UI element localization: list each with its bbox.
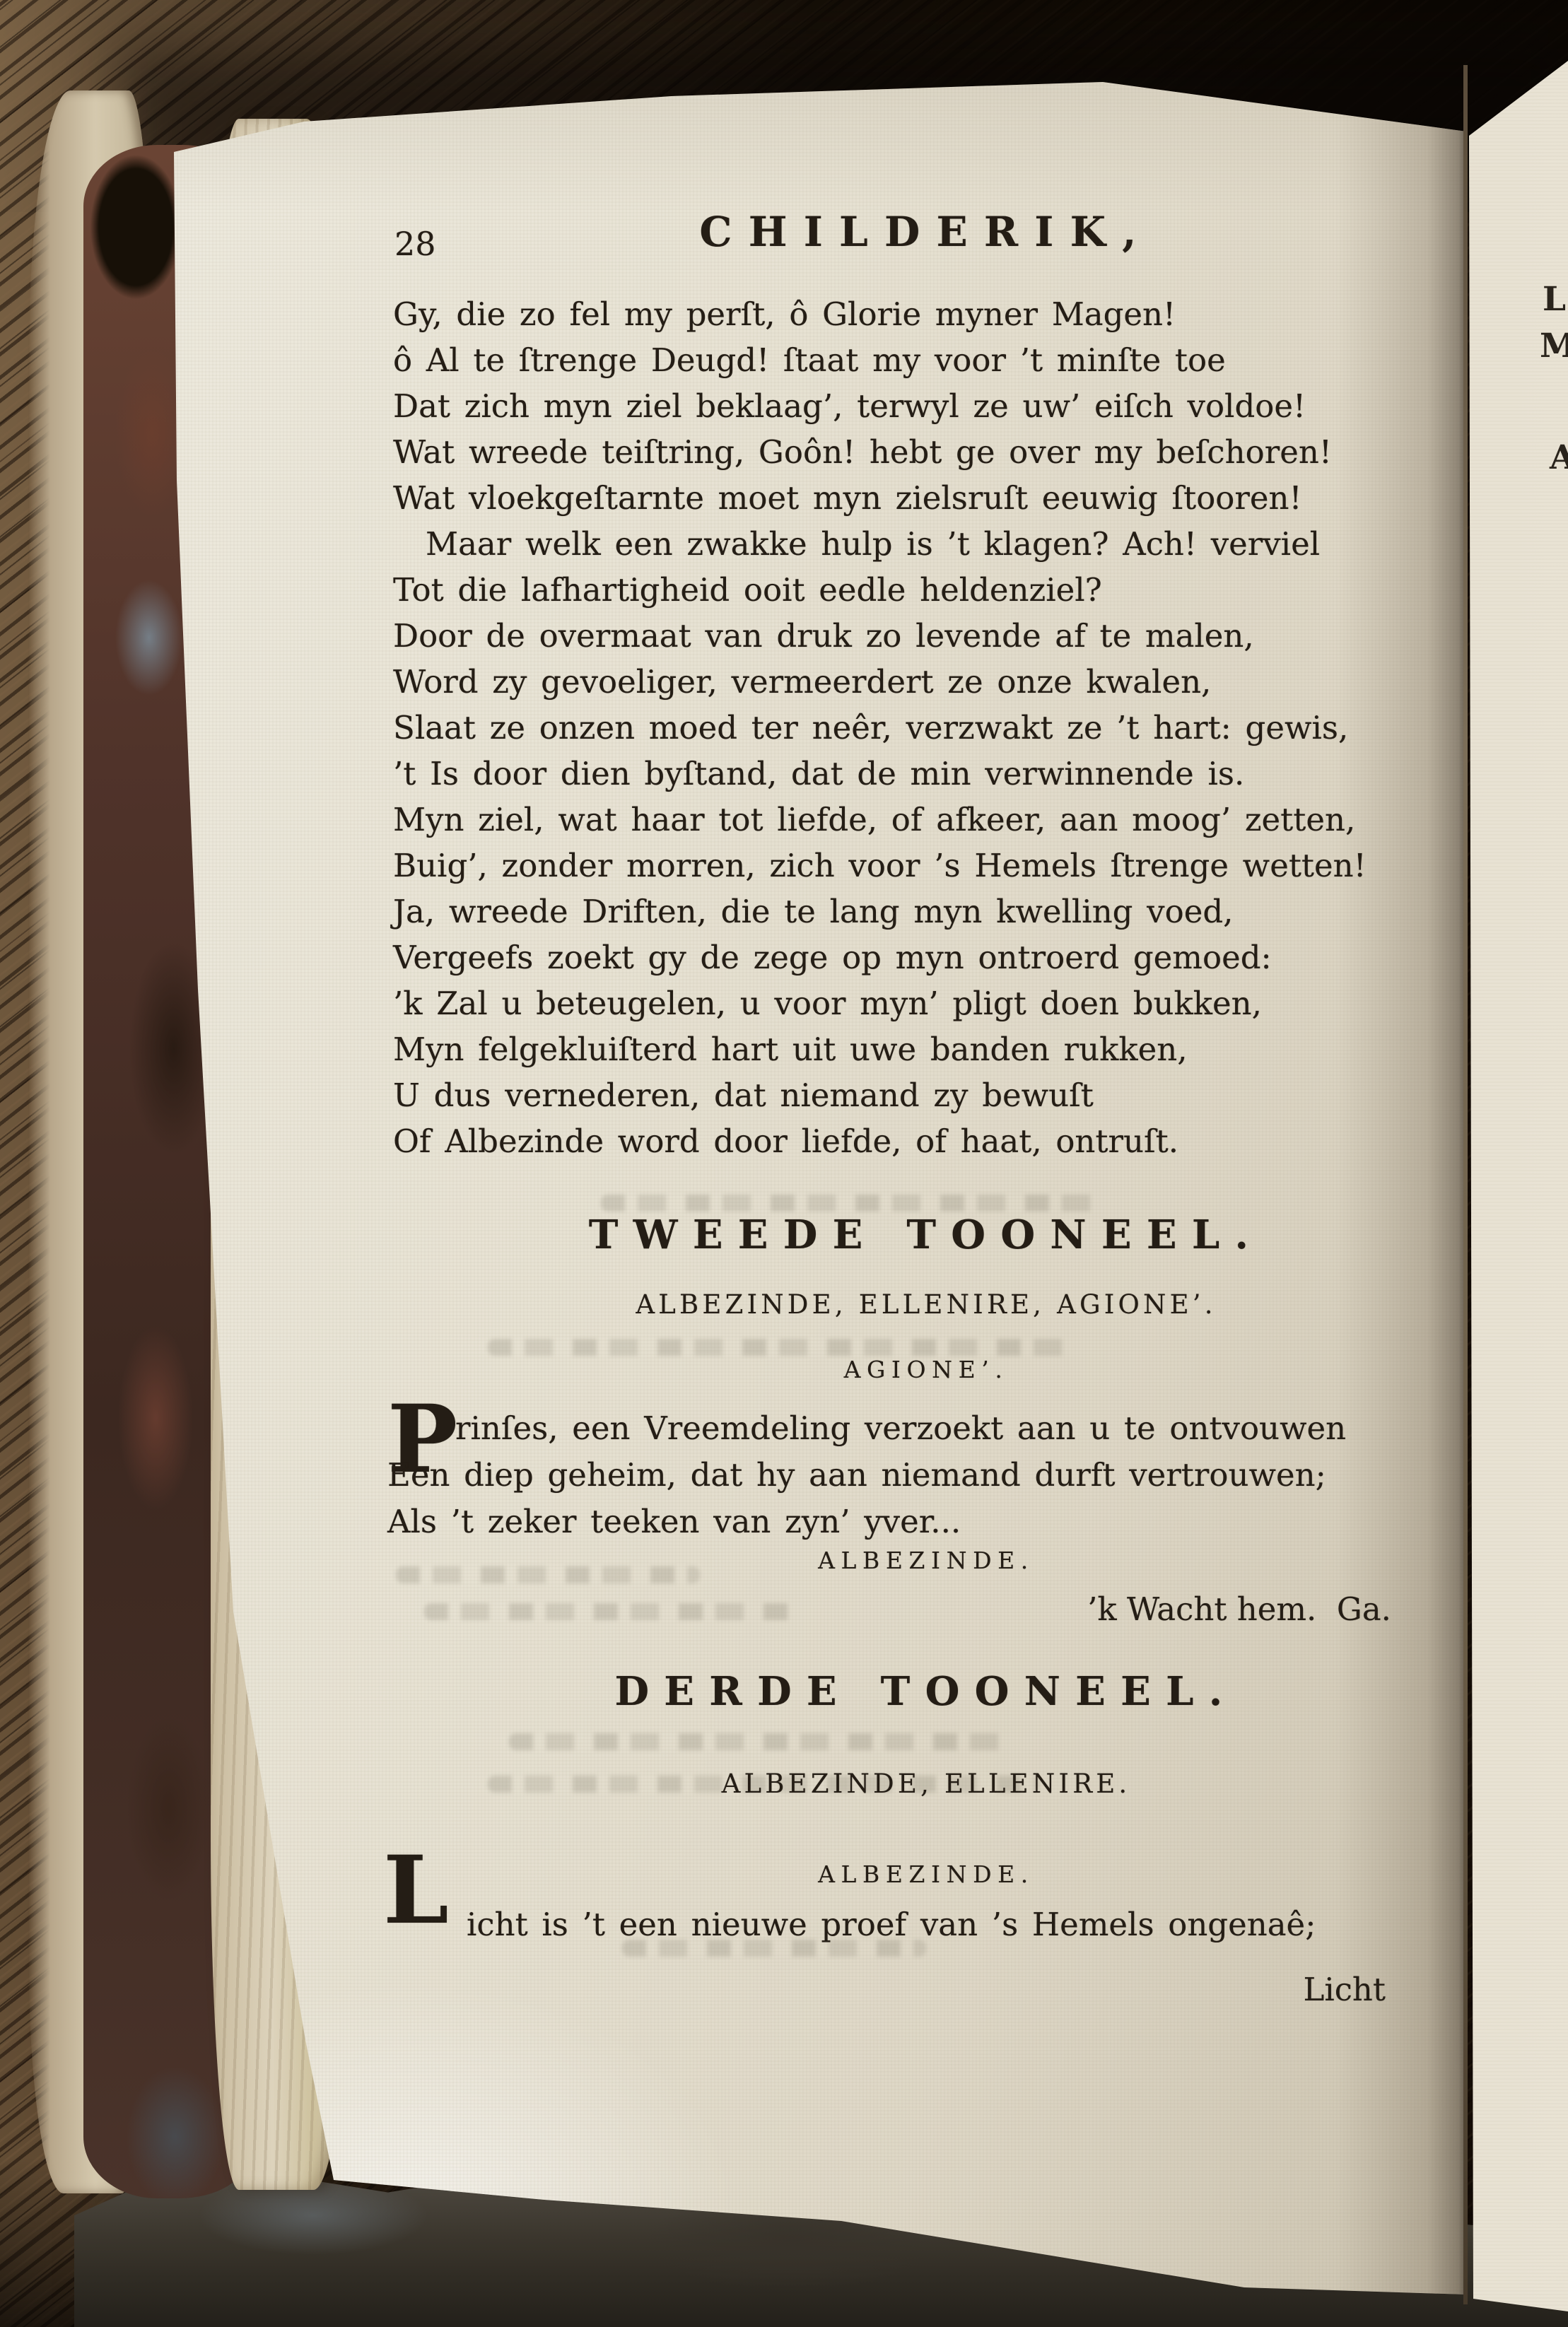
verse-line: Buig’, zonder morren, zich voor ’s Hemel… [393, 843, 1432, 889]
verse-line: ô Al te ſtrenge Deugd! ſtaat my voor ’t … [393, 337, 1432, 383]
running-title: CHILDERIK, [424, 208, 1428, 256]
verse-line: Word zy gevoeliger, vermeerdert ze onze … [393, 659, 1432, 705]
verse-line: Ja, wreede Driften, die te lang myn kwel… [393, 889, 1432, 934]
verse-line: Maar welk een zwakke hulp is ’t klagen? … [393, 521, 1432, 567]
verse-line: ’k Zal u beteugelen, u voor myn’ pligt d… [393, 980, 1432, 1026]
albezinde-speech: icht is ’t een nieuwe proef van ’s Hemel… [387, 1901, 1427, 1948]
verse-line: ’t Is door dien byſtand, dat de min verw… [393, 751, 1432, 797]
scene-three-characters: ALBEZINDE, ELLENIRE. [424, 1769, 1428, 1799]
verse-line: Myn felgekluiſterd hart uit uwe banden r… [393, 1026, 1432, 1072]
verse-line: Tot die lafhartigheid ooit eedle heldenz… [393, 567, 1432, 613]
verse-line: Of Albezinde word door liefde, of haat, … [393, 1118, 1432, 1164]
verse-line: Wat wreede teiſtring, Goôn! hebt ge over… [393, 429, 1432, 475]
verse-line: Dat zich myn ziel beklaag’, terwyl ze uw… [393, 383, 1432, 429]
verse-line: Gy, die zo fel my perſt, ô Glorie myner … [393, 291, 1432, 337]
verse-line: Myn ziel, wat haar tot liefde, of afkeer… [393, 797, 1432, 843]
speaker-albezinde-2: ALBEZINDE. [424, 1860, 1428, 1888]
verse-line: Slaat ze onzen moed ter neêr, verzwakt z… [393, 705, 1432, 751]
speech-line: icht is ’t een nieuwe proef van ’s Hemel… [387, 1901, 1427, 1948]
verse-line: Vergeefs zoekt gy de zege op myn ontroer… [393, 934, 1432, 980]
ink-showthrough [509, 1733, 1004, 1750]
verse-line: Door de overmaat van druk zo levende af … [393, 613, 1432, 659]
speaker-albezinde: ALBEZINDE. [424, 1547, 1428, 1574]
verse-line: Wat vloekgeſtarnte moet myn zielsruſt ee… [393, 475, 1432, 521]
ink-showthrough [488, 1339, 1067, 1356]
scene-two-heading: TWEEDE TOONEEL. [424, 1212, 1428, 1258]
ink-showthrough [601, 1195, 1110, 1212]
albezinde-reply: ’k Wacht hem. Ga. [393, 1590, 1391, 1628]
facing-page-letter: L [1543, 280, 1566, 319]
scene-three-heading: DERDE TOONEEL. [424, 1668, 1428, 1715]
agione-speech: rinſes, een Vreemdeling verzoekt aan u t… [387, 1405, 1427, 1545]
facing-page-letter: M [1540, 327, 1568, 365]
speech-line: Een diep geheim, dat hy aan niemand durf… [387, 1452, 1427, 1499]
verse-block: Gy, die zo fel my perſt, ô Glorie myner … [393, 291, 1432, 1164]
speech-line: Als ’t zeker teeken van zyn’ yver... [387, 1499, 1427, 1545]
scene-two-characters: ALBEZINDE, ELLENIRE, AGIONE’. [424, 1289, 1428, 1320]
speech-line: rinſes, een Vreemdeling verzoekt aan u t… [387, 1405, 1427, 1452]
facing-page-letter: A [1550, 438, 1568, 477]
speaker-agione: AGIONE’. [424, 1356, 1428, 1383]
old-book-photo: 28 CHILDERIK, Gy, die zo fel my perſt, ô… [0, 0, 1568, 2327]
gutter-crease [1463, 65, 1468, 2304]
catchword: Licht [393, 1971, 1386, 2008]
verse-line: U dus vernederen, dat niemand zy bewuſt [393, 1072, 1432, 1118]
